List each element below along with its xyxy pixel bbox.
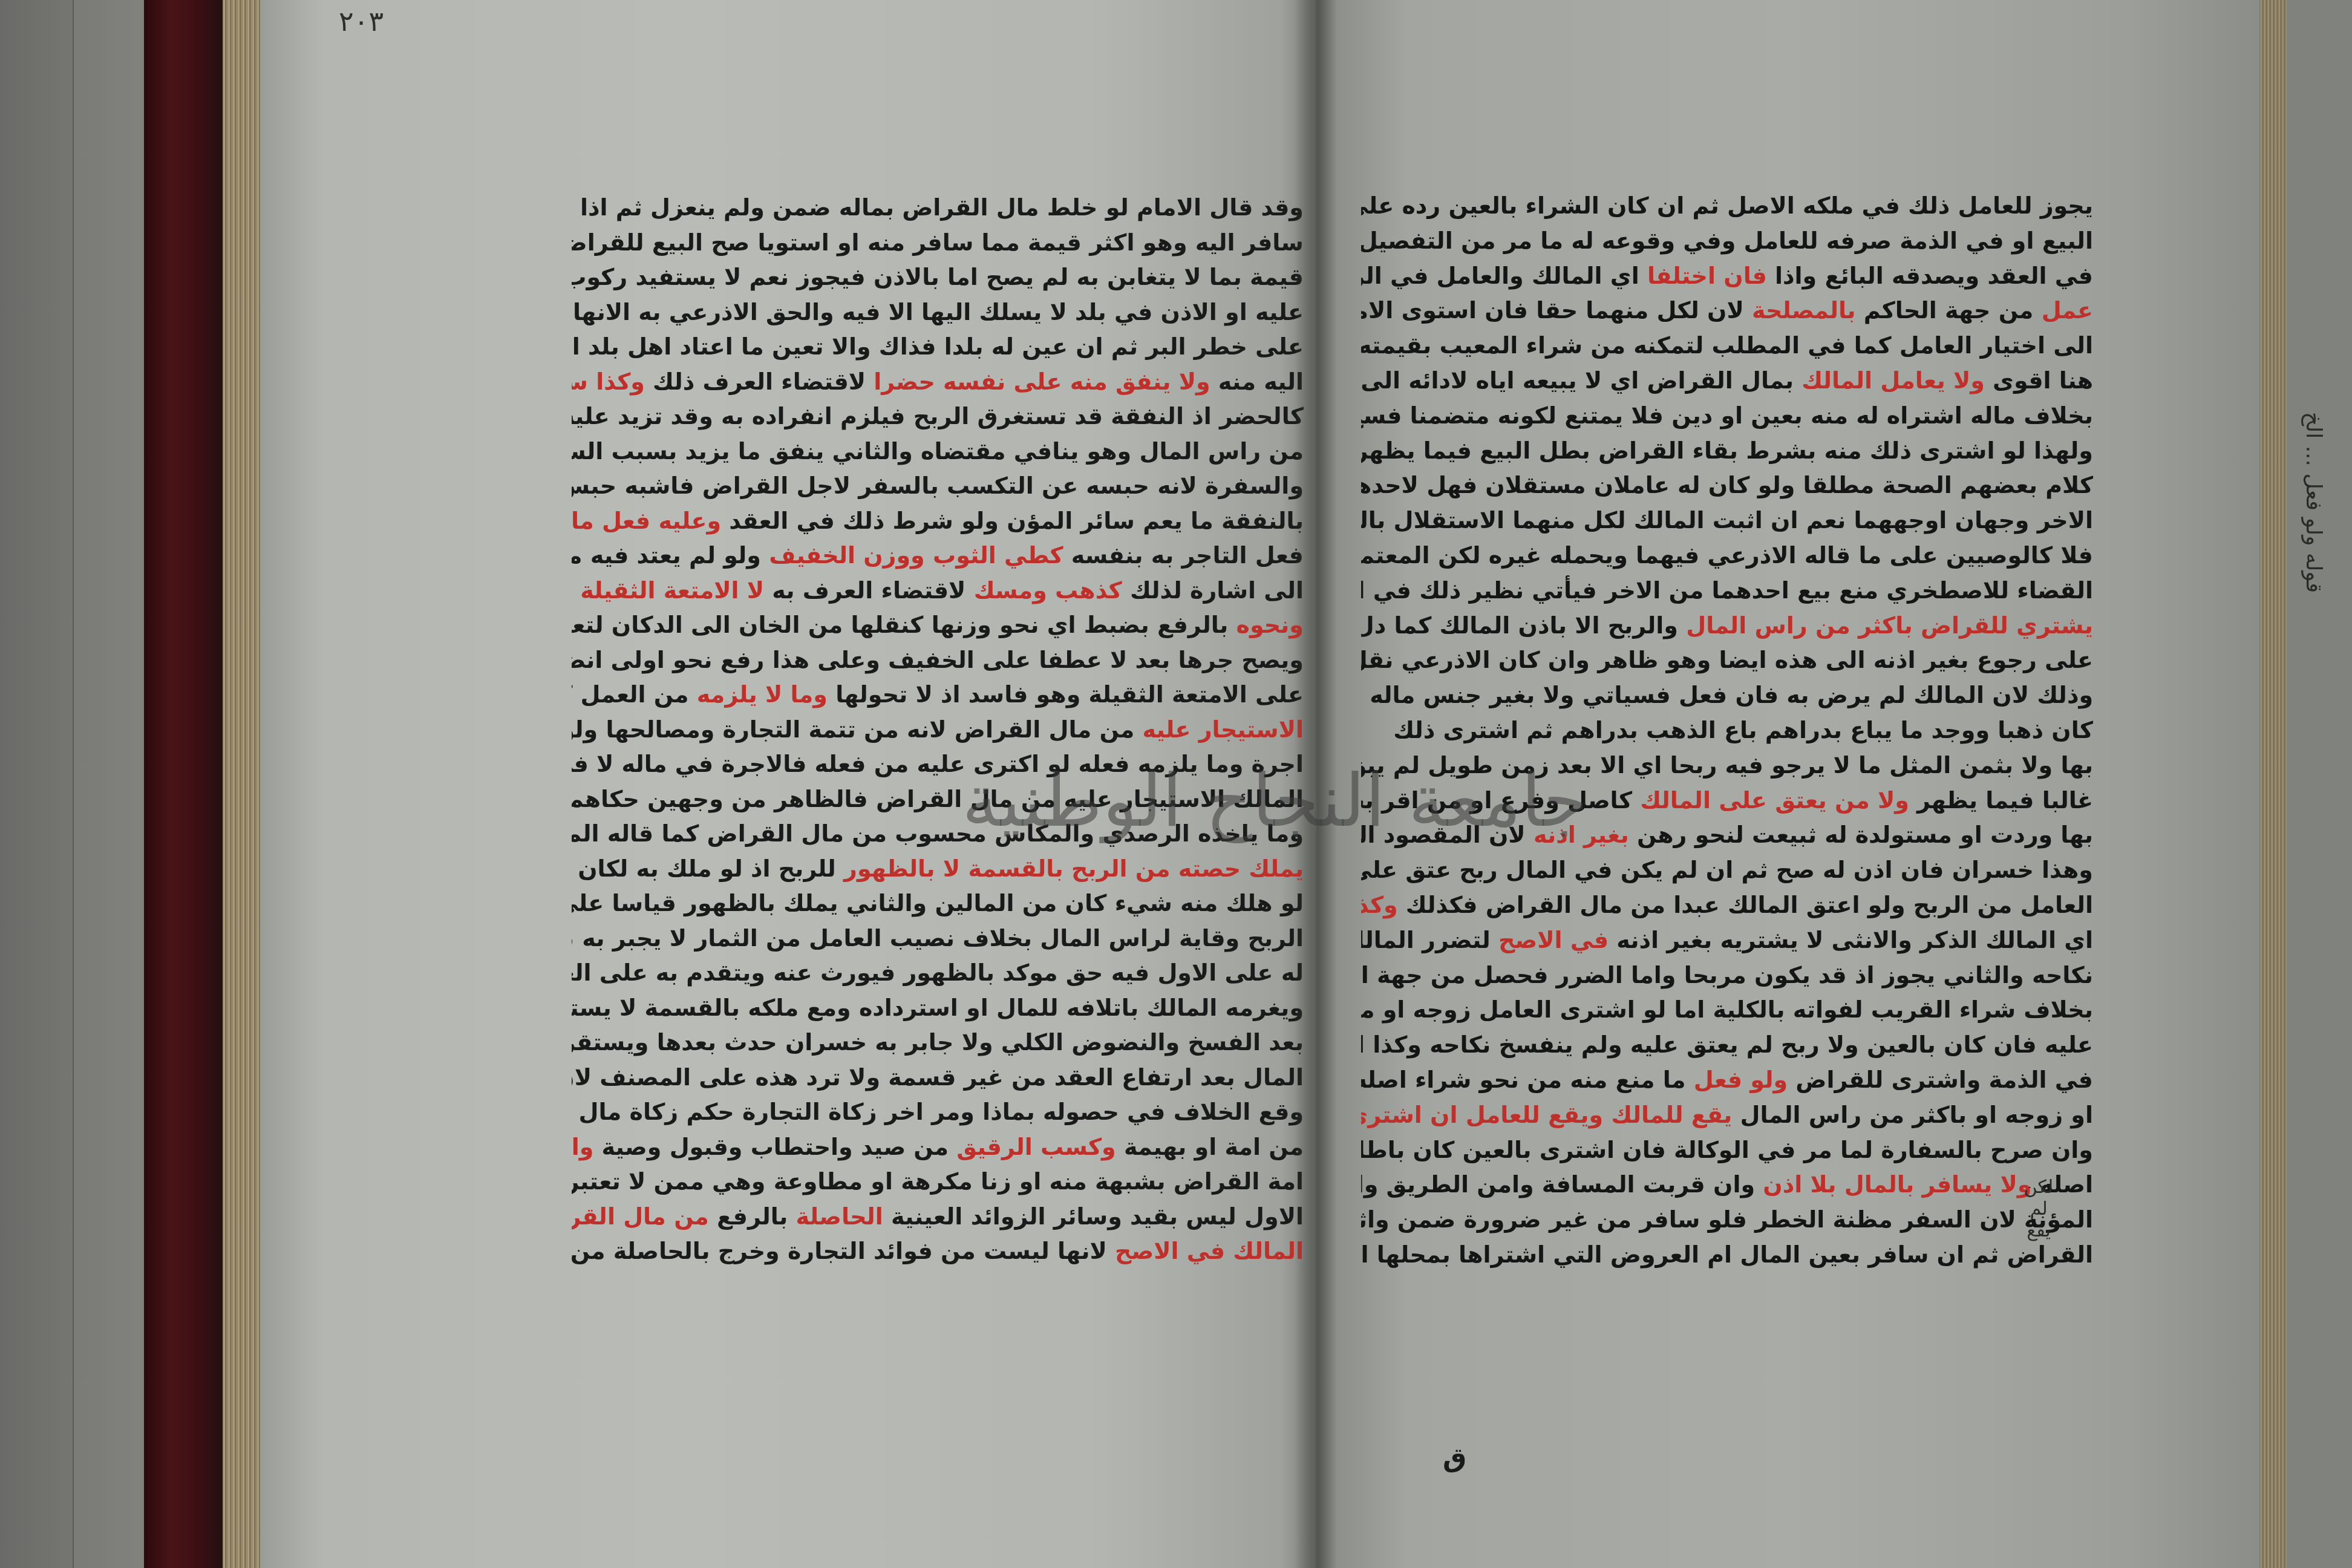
body-text: بالنفقة ما يعم سائر المؤن ولو شرط ذلك في… — [721, 508, 1304, 534]
body-text: بالرفع — [709, 1203, 796, 1230]
right_page-line: عمل من جهة الحاكم بالمصلحة لان لكل منهما… — [1361, 293, 2093, 328]
rubric-text: من مال القراض يفوز بها — [572, 1203, 709, 1230]
watermark-university: جامعة النجاح الوطنية — [962, 759, 1588, 843]
right_page-line: العامل من الربح ولو اعتق المالك عبدا من … — [1361, 888, 2093, 923]
book-cover-binding — [144, 0, 223, 1568]
left_page-line: على الامتعة الثقيلة وهو فاسد اذ لا تحوله… — [572, 678, 1304, 713]
body-text: من امة او بهيمة — [1116, 1134, 1304, 1160]
left_page-line: وقد قال الامام لو خلط مال القراض بماله ض… — [572, 191, 1304, 226]
right_page-line: وهذا خسران فان اذن له صح ثم ان لم يكن في… — [1361, 853, 2093, 888]
body-text: او زوجه او باكثر من راس المال — [1732, 1102, 2093, 1128]
folio-number: ٢٠٣ — [339, 5, 384, 38]
body-text: اليه منه — [1210, 368, 1304, 395]
right_page-line: ولهذا لو اشترى ذلك منه بشرط بقاء القراض … — [1361, 434, 2093, 469]
body-text: قيمة بما لا يتغابن به لم يصح اما بالاذن … — [572, 264, 1304, 290]
body-text: عليه او الاذن في بلد لا يسلك اليها الا ف… — [572, 299, 1304, 325]
left_page-line: امة القراض بشبهة منه او زنا مكرهة او مطا… — [572, 1165, 1304, 1200]
background-right — [2287, 0, 2352, 1568]
rubric-text: ولا ينفق منه على نفسه حضرا — [874, 368, 1210, 395]
rubric-text: في الاصح — [1498, 927, 1609, 953]
margin-note-vertical: قوله ولو فعل ... الخ — [2272, 363, 2326, 593]
right_page-line: بخلاف ماله اشتراه له منه بعين او دين فلا… — [1361, 399, 2093, 434]
background-sheet-fold — [73, 0, 152, 1568]
rubric-text: الحاصلة — [796, 1203, 883, 1230]
body-text: نكاحه والثاني يجوز اذ قد يكون مربحا واما… — [1361, 962, 2093, 988]
body-text: من راس المال وهو ينافي مقتضاه والثاني ين… — [572, 438, 1304, 465]
body-text: العامل من الربح ولو اعتق المالك عبدا من … — [1398, 892, 2093, 918]
body-text: فليس عليه وزنها — [572, 577, 580, 604]
rubric-text: لا الامتعة الثقيلة — [580, 577, 764, 604]
right_page-line: كان ذهبا ووجد ما يباع بدراهم باع الذهب ب… — [1361, 713, 2093, 748]
body-text: والسفرة لانه حبسه عن التكسب بالسفر لاجل … — [572, 472, 1304, 499]
left_page-line: لو هلك منه شيء كان من المالين والثاني يم… — [572, 886, 1304, 921]
body-text: ولهذا لو اشترى ذلك منه بشرط بقاء القراض … — [1361, 437, 2093, 464]
left_page-line: بالنفقة ما يعم سائر المؤن ولو شرط ذلك في… — [572, 504, 1304, 539]
body-text: عليه فان كان بالعين ولا ربح لم يعتق عليه… — [1361, 1031, 2093, 1058]
body-text: يجوز للعامل ذلك في ملكه الاصل ثم ان كان … — [1361, 192, 2093, 219]
body-text: لاقتضاء العرف به — [764, 577, 974, 604]
body-text: وان صرح بالسفارة لما مر في الوكالة فان ا… — [1361, 1137, 2093, 1163]
body-text: البيع او في الذمة صرفه للعامل وفي وقوعه … — [1361, 227, 2093, 254]
right_page-line: يشتري للقراض باكثر من راس المال والربح ا… — [1361, 609, 2093, 644]
body-text: القراض ثم ان سافر بعين المال ام العروض ا… — [1361, 1241, 2093, 1268]
rubric-text: ولا يعامل المالك — [1802, 367, 1985, 394]
body-text: وذلك لان المالك لم يرض به فان فعل فسياتي… — [1361, 682, 2093, 708]
body-text: ويصح جرها بعد لا عطفا على الخفيف وعلى هذ… — [572, 647, 1304, 673]
body-text: ويغرمه المالك باتلافه للمال او استرداده … — [572, 995, 1304, 1021]
rubric-text: ولا يسافر بالمال بلا اذن — [1763, 1171, 2031, 1198]
catchword: ق — [1443, 1443, 1466, 1474]
rubric-text: ونحوه — [1236, 612, 1304, 638]
left_page-line: والسفرة لانه حبسه عن التكسب بالسفر لاجل … — [572, 469, 1304, 504]
body-text: وقع الخلاف في حصوله بماذا ومر اخر زكاة ا… — [572, 1099, 1304, 1125]
left_page-line: سافر اليه وهو اكثر قيمة مما سافر منه او … — [572, 226, 1304, 261]
body-text: الى اختيار العامل كما في المطلب لتمكنه م… — [1361, 332, 2093, 359]
body-text: كلام بعضهم الصحة مطلقا ولو كان له عاملان… — [1361, 472, 2093, 498]
left-page-text-block: وقد قال الامام لو خلط مال القراض بماله ض… — [572, 191, 1304, 1269]
right_page-line: هنا اقوى ولا يعامل المالك بمال القراض اي… — [1361, 364, 2093, 399]
right_page-line: اي المالك الذكر والانثى لا يشتريه بغير ا… — [1361, 923, 2093, 958]
rubric-text: وكذا سفرا في الاظهر — [572, 368, 645, 395]
page-edges-left — [223, 0, 260, 1568]
right_page-line: المؤنة لان السفر مظنة الخطر فلو سافر من … — [1361, 1203, 2093, 1238]
body-text: بها وردت او مستولدة له ثبيعت لنحو رهن — [1629, 822, 2093, 848]
body-text: لو هلك منه شيء كان من المالين والثاني يم… — [572, 890, 1304, 916]
left_page-line: الربح وقاية لراس المال بخلاف نصيب العامل… — [572, 921, 1304, 956]
body-text: لتضرر المالك بانفساخ — [1361, 927, 1498, 953]
body-text: فعل التاجر به بنفسه — [1063, 542, 1304, 569]
rubric-text: المالك في الاصح — [1115, 1238, 1304, 1264]
body-text: المؤنة لان السفر مظنة الخطر فلو سافر من … — [1361, 1206, 2093, 1233]
left_page-line: ونحوه بالرفع بضبط اي نحو وزنها كنقلها من… — [572, 608, 1304, 643]
body-text: كان ذهبا ووجد ما يباع بدراهم باع الذهب ب… — [1393, 717, 2093, 743]
body-text: غالبا فيما يظهر — [1909, 787, 2093, 814]
page-edges-right — [2259, 0, 2287, 1568]
left_page-line: الاول ليس بقيد وسائر الزوائد العينية الح… — [572, 1200, 1304, 1235]
body-text: بعد الفسخ والنضوض الكلي ولا جابر به خسرا… — [572, 1029, 1304, 1056]
left_page-line: يملك حصته من الربح بالقسمة لا بالظهور لل… — [572, 852, 1304, 887]
body-text: ما منع منه من نحو شراء اصله او فرعه — [1361, 1067, 1694, 1093]
body-text: ولو لم يعتد فيه متعين كما ضبط — [572, 542, 769, 569]
rubric-text: بالمصلحة — [1752, 297, 1856, 324]
right_page-line: او زوجه او باكثر من راس المال يقع للمالك… — [1361, 1098, 2093, 1133]
rubric-text: كذهب ومسك — [974, 577, 1122, 604]
left_page-line: اليه منه ولا ينفق منه على نفسه حضرا لاقت… — [572, 365, 1304, 400]
left_page-line: ويغرمه المالك باتلافه للمال او استرداده … — [572, 991, 1304, 1026]
body-text: من جهة الحاكم — [1856, 297, 2042, 324]
body-text: له على الاول فيه حق موكد بالظهور فيورث ع… — [572, 959, 1304, 986]
left_page-line: فعل التاجر به بنفسه كطي الثوب ووزن الخفي… — [572, 538, 1304, 573]
rubric-text: عمل — [2042, 297, 2093, 324]
body-text: وهذا خسران فان اذن له صح ثم ان لم يكن في… — [1361, 857, 2093, 883]
right-page-text-block: يجوز للعامل ذلك في ملكه الاصل ثم ان كان … — [1361, 189, 2093, 1273]
rubric-text: وكذا زوجه — [1361, 892, 1398, 918]
body-text: بالرفع بضبط اي نحو وزنها كنقلها من الخان… — [572, 612, 1236, 638]
left_page-line: ويصح جرها بعد لا عطفا على الخفيف وعلى هذ… — [572, 643, 1304, 678]
left_page-line: المال بعد ارتفاع العقد من غير قسمة ولا ت… — [572, 1060, 1304, 1096]
body-text: والربح الا باذن المالك كما دل كلام المهم — [1361, 612, 1686, 639]
body-text: من العمل كاجرة كيل وحفظ — [572, 681, 697, 708]
body-text: الى اشارة لذلك — [1122, 577, 1304, 604]
right_page-line: يجوز للعامل ذلك في ملكه الاصل ثم ان كان … — [1361, 189, 2093, 224]
body-text: هنا اقوى — [1985, 367, 2093, 394]
body-text: القضاء للاصطخري منع بيع احدهما من الاخر … — [1361, 577, 2093, 604]
rubric-text: ولا من يعتق على المالك — [1640, 787, 1909, 814]
right_page-line: بخلاف شراء القريب لفواته بالكلية اما لو … — [1361, 993, 2093, 1028]
left_page-line: وقع الخلاف في حصوله بماذا ومر اخر زكاة ا… — [572, 1095, 1304, 1130]
rubric-text: كطي الثوب ووزن الخفيف — [769, 542, 1063, 569]
body-text: على خطر البر ثم ان عين له بلدا فذاك والا… — [572, 333, 1304, 360]
body-text: بمال القراض اي لا يبيعه اياه لادائه الى … — [1361, 367, 1802, 394]
body-text: للربح اذ لو ملك به لكان شريكا في المال ح… — [572, 855, 844, 882]
body-text: وقد قال الامام لو خلط مال القراض بماله ض… — [572, 194, 1304, 221]
body-text: لان لكل منهما حقا فان استوى الامران رجع — [1361, 297, 1752, 324]
body-text: فلا كالوصيين على ما قاله الاذرعي فيهما و… — [1361, 542, 2093, 569]
body-text: الاخر وجهان اوجههما نعم ان اثبت المالك ل… — [1361, 507, 2093, 534]
left_page-line: الاستيجار عليه من مال القراض لانه من تتم… — [572, 713, 1304, 748]
right_page-line: في العقد ويصدقه البائع واذا فان اختلفا ا… — [1361, 259, 2093, 294]
body-text: سافر اليه وهو اكثر قيمة مما سافر منه او … — [572, 229, 1304, 256]
body-text: بخلاف شراء القريب لفواته بالكلية اما لو … — [1361, 996, 2093, 1023]
right_page-line: البيع او في الذمة صرفه للعامل وفي وقوعه … — [1361, 224, 2093, 259]
left_page-line: المالك في الاصح لانها ليست من فوائد التج… — [572, 1234, 1304, 1269]
right_page-line: القضاء للاصطخري منع بيع احدهما من الاخر … — [1361, 573, 2093, 609]
right_page-line: اصله ولا يسافر بالمال بلا اذن وان قربت ا… — [1361, 1168, 2093, 1203]
right_page-line: الاخر وجهان اوجههما نعم ان اثبت المالك ل… — [1361, 503, 2093, 538]
left_page-line: من راس المال وهو ينافي مقتضاه والثاني ين… — [572, 434, 1304, 469]
body-text: لاقتضاء العرف ذلك — [645, 368, 874, 395]
right_page-line: عليه فان كان بالعين ولا ربح لم يعتق عليه… — [1361, 1028, 2093, 1063]
body-text: اي المالك الذكر والانثى لا يشتريه بغير ا… — [1609, 927, 2093, 953]
right_page-line: وذلك لان المالك لم يرض به فان فعل فسياتي… — [1361, 678, 2093, 713]
body-text: المال بعد ارتفاع العقد من غير قسمة ولا ت… — [572, 1064, 1304, 1091]
right_page-line: في الذمة واشترى للقراض ولو فعل ما منع من… — [1361, 1063, 2093, 1098]
body-text: امة القراض بشبهة منه او زنا مكرهة او مطا… — [572, 1168, 1304, 1195]
left_page-line: عليه او الاذن في بلد لا يسلك اليها الا ف… — [572, 295, 1304, 330]
body-text: من صيد واحتطاب وقبول وصية — [593, 1134, 956, 1160]
rubric-text: والمهر — [572, 1134, 593, 1160]
right_page-line: على رجوع بغير اذنه الى هذه ايضا وهو ظاهر… — [1361, 643, 2093, 678]
left_page-line: قيمة بما لا يتغابن به لم يصح اما بالاذن … — [572, 260, 1304, 295]
left_page-line: كالحضر اذ النفقة قد تستغرق الربح فيلزم ا… — [572, 399, 1304, 434]
body-text: بخلاف ماله اشتراه له منه بعين او دين فلا… — [1361, 402, 2093, 429]
body-text: على الامتعة الثقيلة وهو فاسد اذ لا تحوله… — [828, 681, 1304, 708]
rubric-text: يشتري للقراض باكثر من راس المال — [1686, 612, 2093, 639]
body-text: وان قربت المسافة وامن الطريق وانتفت — [1361, 1171, 1763, 1198]
rubric-text: يقع للمالك ويقع للعامل ان اشترى في الذمة — [1361, 1102, 1732, 1128]
rubric-text: وكسب الرقيق — [956, 1134, 1116, 1160]
body-text: في الذمة واشترى للقراض — [1788, 1067, 2093, 1093]
right_page-line: كلام بعضهم الصحة مطلقا ولو كان له عاملان… — [1361, 468, 2093, 503]
body-text: لانها ليست من فوائد التجارة وخرج بالحاصل… — [572, 1238, 1115, 1264]
right_page-line: القراض ثم ان سافر بعين المال ام العروض ا… — [1361, 1238, 2093, 1273]
body-text: كالحضر اذ النفقة قد تستغرق الربح فيلزم ا… — [572, 403, 1304, 430]
right_page-line: الى اختيار العامل كما في المطلب لتمكنه م… — [1361, 328, 2093, 364]
left_page-line: على خطر البر ثم ان عين له بلدا فذاك والا… — [572, 330, 1304, 365]
rubric-text: وما لا يلزمه — [697, 681, 828, 708]
rubric-text: الاستيجار عليه — [1142, 716, 1304, 743]
rubric-text: ولو فعل — [1694, 1067, 1788, 1093]
left_page-line: له على الاول فيه حق موكد بالظهور فيورث ع… — [572, 956, 1304, 991]
rubric-text: يملك حصته من الربح بالقسمة لا بالظهور — [844, 855, 1304, 882]
left_page-line: الى اشارة لذلك كذهب ومسك لاقتضاء العرف ب… — [572, 573, 1304, 609]
right_page-line: فلا كالوصيين على ما قاله الاذرعي فيهما و… — [1361, 538, 2093, 573]
margin-note-lower: لكن لم يقع — [2020, 1177, 2057, 1242]
body-text: الاول ليس بقيد وسائر الزوائد العينية — [883, 1203, 1304, 1230]
body-text: الربح وقاية لراس المال بخلاف نصيب العامل… — [572, 925, 1304, 952]
body-text: على رجوع بغير اذنه الى هذه ايضا وهو ظاهر… — [1361, 647, 2093, 673]
left_page-line: من امة او بهيمة وكسب الرقيق من صيد واحتط… — [572, 1130, 1304, 1165]
body-text: في العقد ويصدقه البائع واذا — [1767, 263, 2093, 289]
rubric-text: فان اختلفا — [1647, 263, 1767, 289]
right_page-line: نكاحه والثاني يجوز اذ قد يكون مربحا واما… — [1361, 958, 2093, 993]
body-text: من مال القراض لانه من تتمة التجارة ومصال… — [572, 716, 1142, 743]
left_page-line: بعد الفسخ والنضوض الكلي ولا جابر به خسرا… — [572, 1025, 1304, 1060]
right_page-line: وان صرح بالسفارة لما مر في الوكالة فان ا… — [1361, 1133, 2093, 1168]
rubric-text: وعليه فعل ما يعتاد — [572, 508, 721, 534]
body-text: اي المالك والعامل في الرد وعدمه — [1361, 263, 1647, 289]
